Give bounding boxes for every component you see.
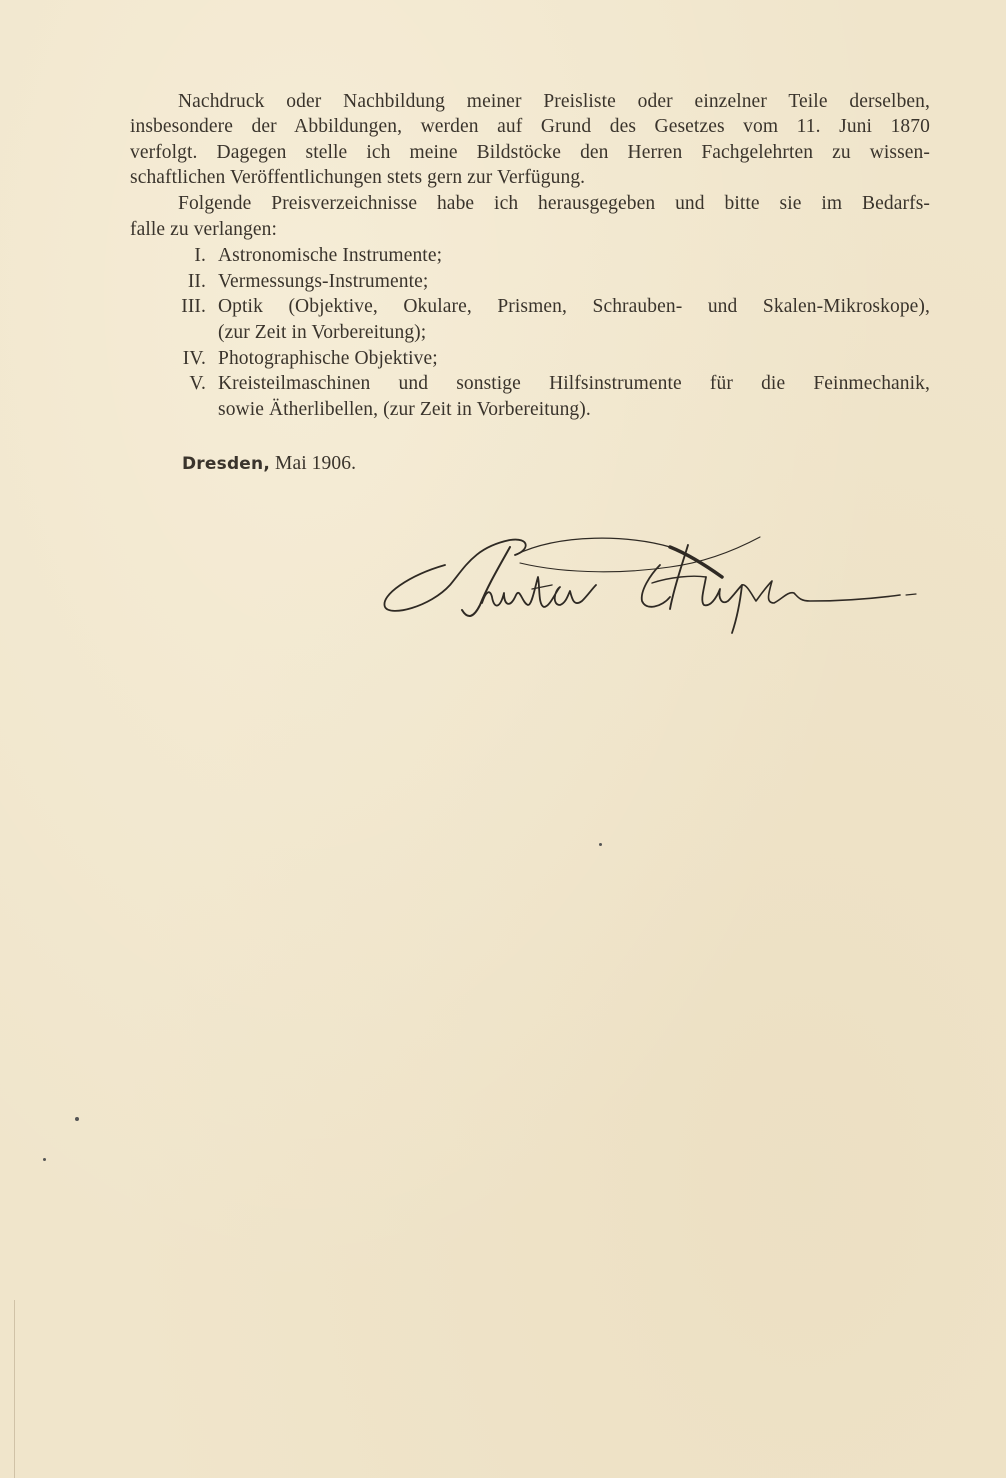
list-item-text: Kreisteilmaschinen und sonstige Hilfsins…: [218, 373, 930, 395]
list-item-text-continued: (zur Zeit in Vorbereitung);: [218, 322, 426, 344]
list-numeral: IV.: [130, 348, 206, 370]
list-numeral: I.: [130, 245, 206, 267]
list-numeral: III.: [130, 296, 206, 318]
paragraph-1-line-4: schaftlichen Veröffentlichungen stets ge…: [130, 167, 585, 189]
list-item-text-continued: sowie Ätherlibellen, (zur Zeit in Vorber…: [218, 399, 591, 421]
paper-speck: [43, 1158, 46, 1161]
paper-speck: [599, 843, 602, 846]
list-item-text: Photographische Objektive;: [218, 348, 438, 370]
paper-speck: [75, 1117, 79, 1121]
paragraph-1-line-3: verfolgt. Dagegen stelle ich meine Bilds…: [130, 142, 930, 164]
place: Dresden,: [182, 454, 270, 474]
paragraph-2-line-1: Folgende Preisverzeichnisse habe ich her…: [178, 193, 930, 215]
list-numeral: V.: [130, 373, 206, 395]
date: Mai 1906.: [275, 453, 356, 474]
place-date: Dresden, Mai 1906.: [182, 453, 356, 475]
paragraph-1-line-1: Nachdruck oder Nachbildung meiner Preisl…: [178, 91, 930, 113]
page-edge-fold: [0, 1300, 15, 1478]
signature-gustav-heyde: Gustav Heyde: [370, 525, 940, 635]
list-item-text: Astronomische Instrumente;: [218, 245, 442, 267]
list-numeral: II.: [130, 271, 206, 293]
paragraph-2-line-2: falle zu verlangen:: [130, 219, 277, 241]
list-item-text: Optik (Objektive, Okulare, Prismen, Schr…: [218, 296, 930, 318]
paragraph-1-line-2: insbesondere der Abbildungen, werden auf…: [130, 116, 930, 138]
list-item-text: Vermessungs-Instrumente;: [218, 271, 428, 293]
